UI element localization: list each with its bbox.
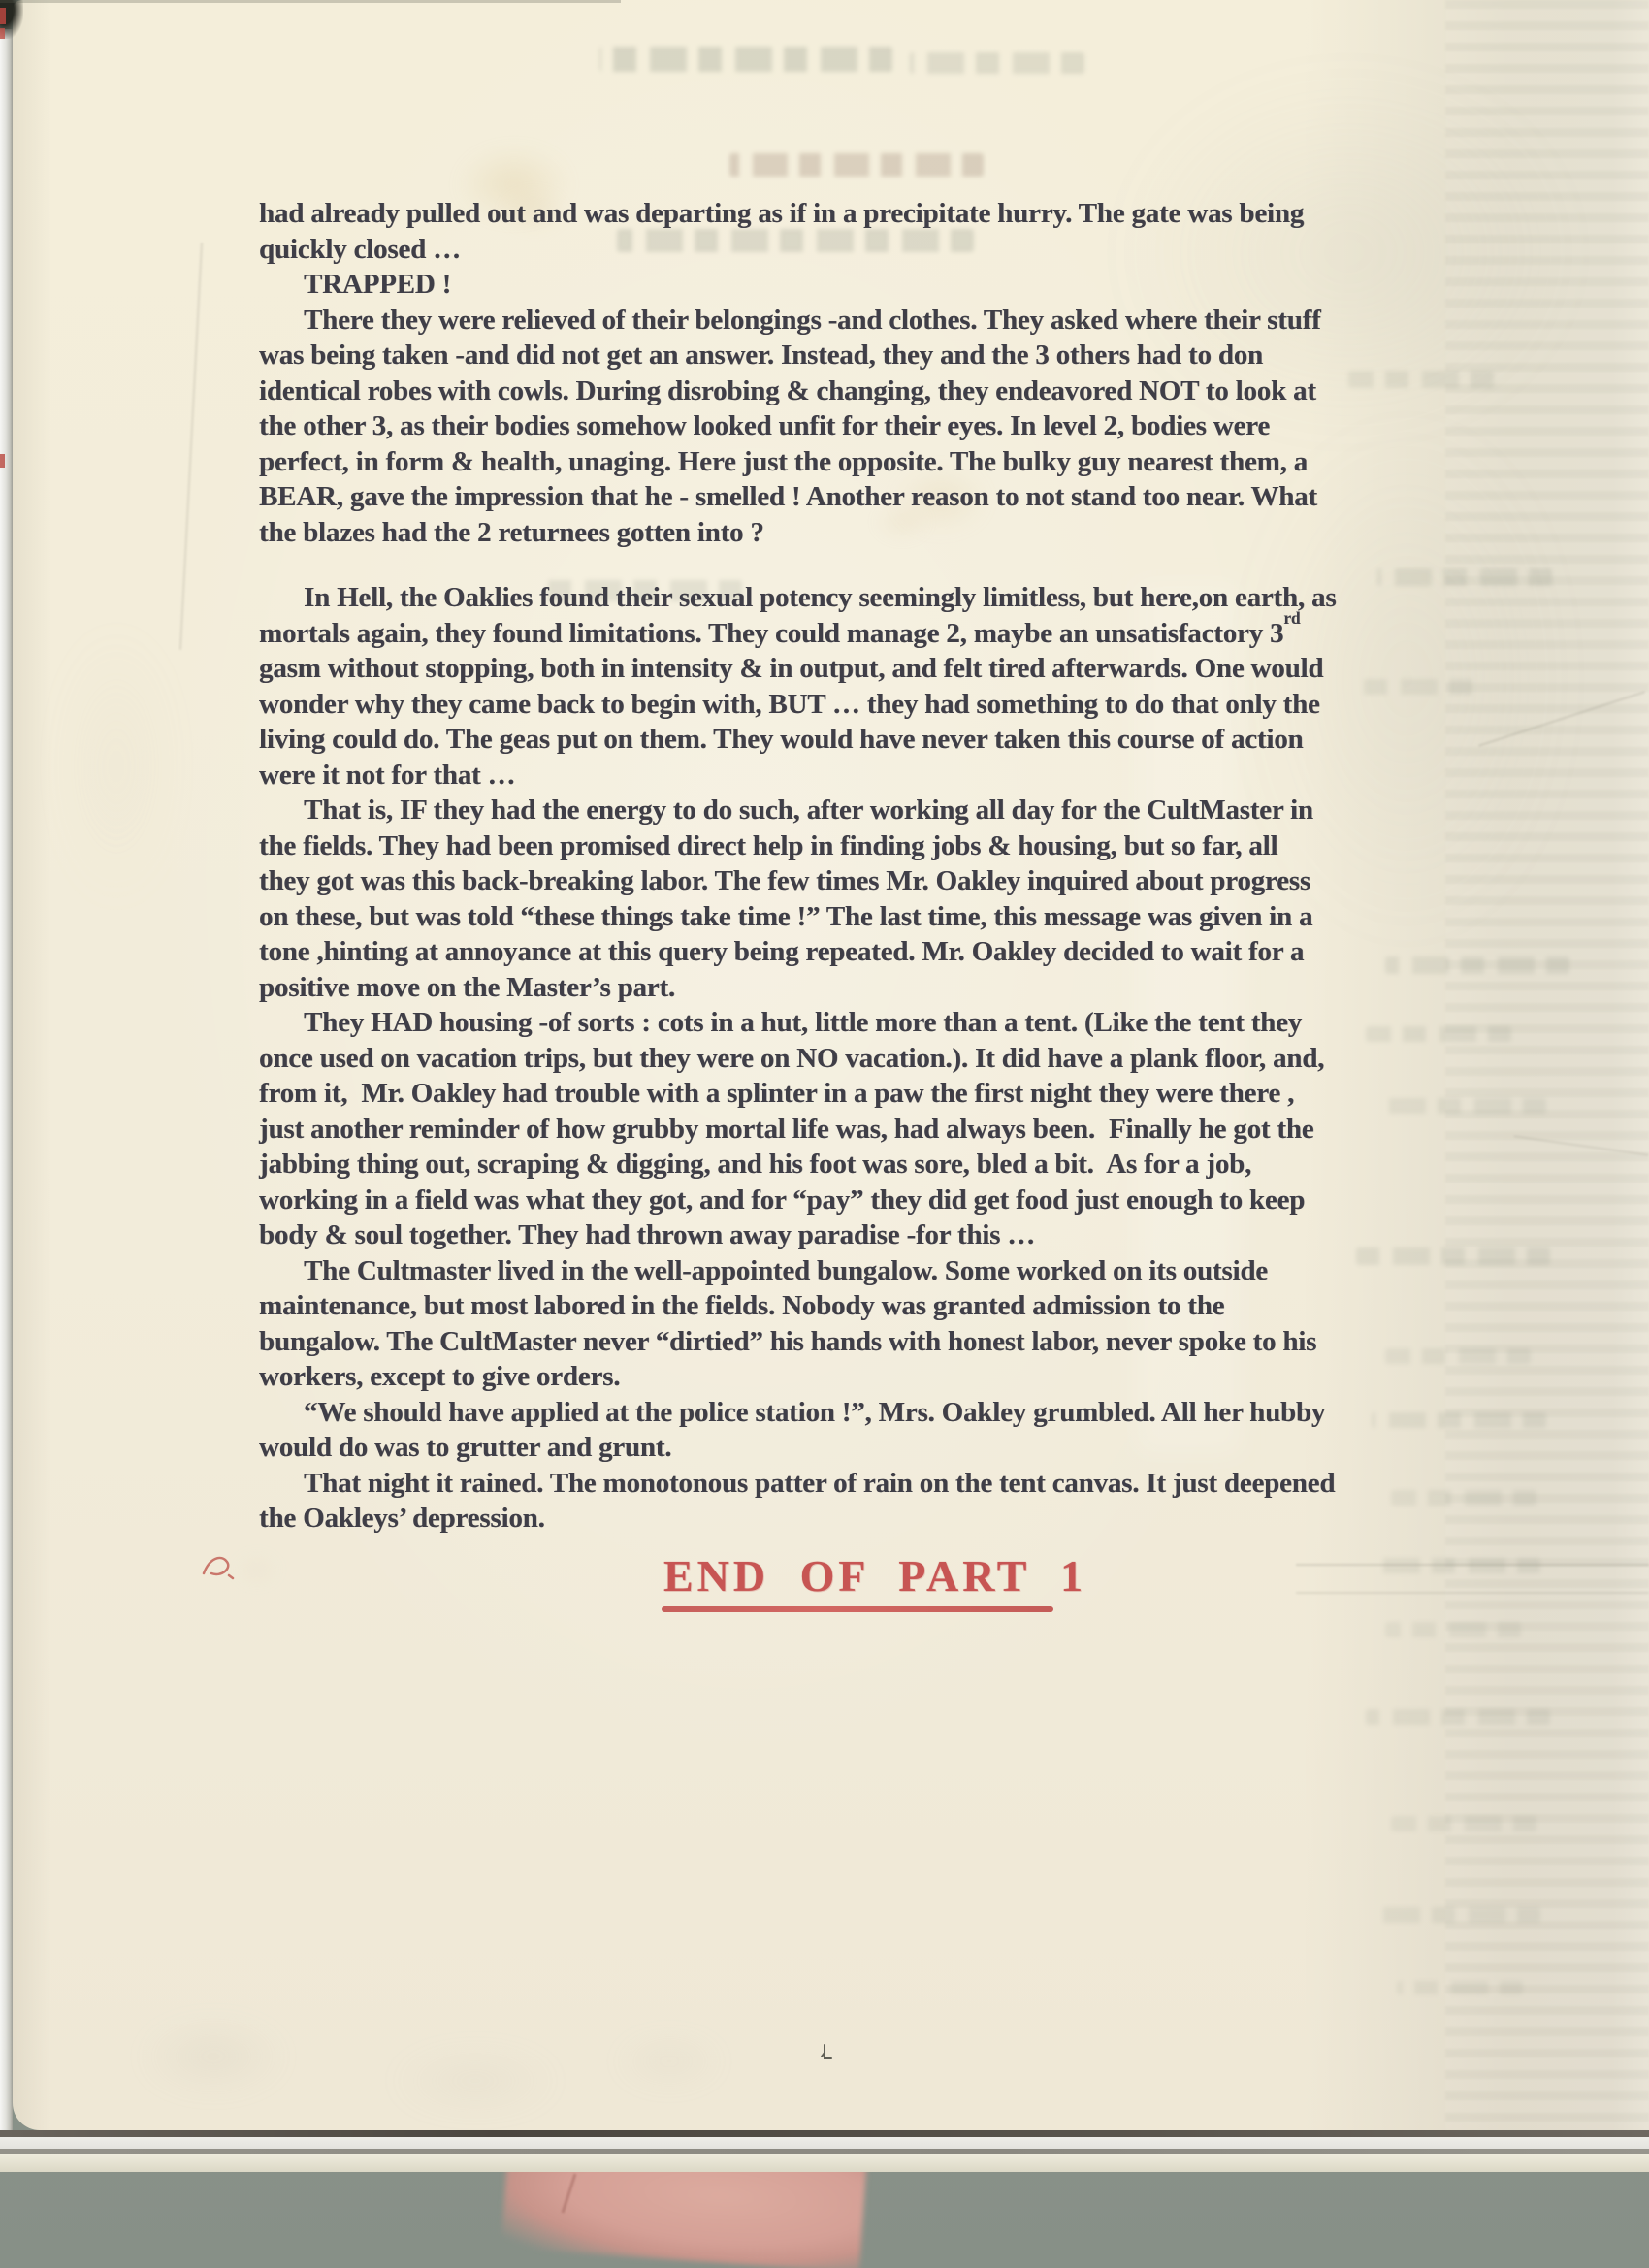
text-line: “We should have applied at the police st… bbox=[259, 1395, 1423, 1431]
red-pen-mark bbox=[0, 28, 5, 39]
text-line: That is, IF they had the energy to do su… bbox=[259, 793, 1423, 828]
sheet-edges-bottom bbox=[0, 2130, 1649, 2172]
text-line: gasm without stopping, both in intensity… bbox=[259, 651, 1423, 687]
red-scribble-mark bbox=[200, 1550, 239, 1583]
top-edge-shadow bbox=[0, 0, 621, 3]
text-line: BEAR, gave the impression that he - smel… bbox=[259, 479, 1423, 515]
sheet-edge-line bbox=[0, 2130, 1649, 2137]
text-line: working in a field was what they got, an… bbox=[259, 1183, 1423, 1218]
sheet-edge-strip bbox=[0, 2137, 1649, 2149]
red-pen-mark bbox=[0, 454, 5, 468]
text-line: wonder why they came back to begin with,… bbox=[259, 687, 1423, 723]
text-line: had already pulled out and was departing… bbox=[259, 196, 1423, 232]
text-line: body & soul together. They had thrown aw… bbox=[259, 1217, 1423, 1253]
text-line: mortals again, they found limitations. T… bbox=[259, 616, 1423, 652]
paragraph: That night it rained. The monotonous pat… bbox=[259, 1466, 1423, 1537]
text-line: living could do. The geas put on them. T… bbox=[259, 722, 1423, 758]
sheet-edges-left bbox=[0, 29, 13, 2139]
text-line: maintenance, but most labored in the fie… bbox=[259, 1288, 1423, 1324]
text-line: positive move on the Master’s part. bbox=[259, 970, 1423, 1006]
paragraph: “We should have applied at the police st… bbox=[259, 1395, 1423, 1466]
text-line: They HAD housing -of sorts : cots in a h… bbox=[259, 1005, 1423, 1041]
paragraph: They HAD housing -of sorts : cots in a h… bbox=[259, 1005, 1423, 1253]
paragraph: That is, IF they had the energy to do su… bbox=[259, 793, 1423, 1005]
text-line: In Hell, the Oaklies found their sexual … bbox=[259, 580, 1423, 616]
text-line: the fields. They had been promised direc… bbox=[259, 828, 1423, 864]
paragraph: In Hell, the Oaklies found their sexual … bbox=[259, 580, 1423, 793]
text-line: on these, but was told “these things tak… bbox=[259, 899, 1423, 935]
paragraph: had already pulled out and was departing… bbox=[259, 196, 1423, 267]
text-line: would do was to grutter and grunt. bbox=[259, 1430, 1423, 1466]
text-line: workers, except to give orders. bbox=[259, 1359, 1423, 1395]
text-line: just another reminder of how grubby mort… bbox=[259, 1112, 1423, 1148]
text-line: There they were relieved of their belong… bbox=[259, 303, 1423, 339]
text-line: That night it rained. The monotonous pat… bbox=[259, 1466, 1423, 1502]
text-line: were it not for that … bbox=[259, 758, 1423, 794]
text-line: tone ,hinting at annoyance at this query… bbox=[259, 934, 1423, 970]
text-line: once used on vacation trips, but they we… bbox=[259, 1041, 1423, 1077]
text-line: quickly closed … bbox=[259, 232, 1423, 268]
text-line: bungalow. The CultMaster never “dirtied”… bbox=[259, 1324, 1423, 1360]
paragraph: The Cultmaster lived in the well-appoint… bbox=[259, 1253, 1423, 1395]
text-line: the Oakleys’ depression. bbox=[259, 1501, 1423, 1537]
red-pen-mark bbox=[0, 8, 6, 24]
text-line: identical robes with cowls. During disro… bbox=[259, 373, 1423, 409]
paragraph: TRAPPED ! bbox=[259, 267, 1423, 303]
text-line: they got was this back-breaking labor. T… bbox=[259, 863, 1423, 899]
end-of-part-heading: END OF PART 1 bbox=[663, 1550, 1086, 1602]
page-text: had already pulled out and was departing… bbox=[259, 196, 1423, 1537]
text-line: The Cultmaster lived in the well-appoint… bbox=[259, 1253, 1423, 1289]
paragraph: There they were relieved of their belong… bbox=[259, 303, 1423, 551]
heading-underline bbox=[662, 1606, 1053, 1612]
sheet-edge-strip bbox=[0, 2154, 1649, 2172]
pencil-tick-mark bbox=[820, 2043, 835, 2064]
scanned-document: had already pulled out and was departing… bbox=[0, 0, 1649, 2268]
text-line: was being taken -and did not get an answ… bbox=[259, 338, 1423, 373]
text-line: the blazes had the 2 returnees gotten in… bbox=[259, 515, 1423, 551]
text-line: from it, Mr. Oakley had trouble with a s… bbox=[259, 1076, 1423, 1112]
text-line: perfect, in form & health, unaging. Here… bbox=[259, 444, 1423, 480]
text-line: the other 3, as their bodies somehow loo… bbox=[259, 408, 1423, 444]
text-line: TRAPPED ! bbox=[259, 267, 1423, 303]
text-line: jabbing thing out, scraping & digging, a… bbox=[259, 1147, 1423, 1183]
